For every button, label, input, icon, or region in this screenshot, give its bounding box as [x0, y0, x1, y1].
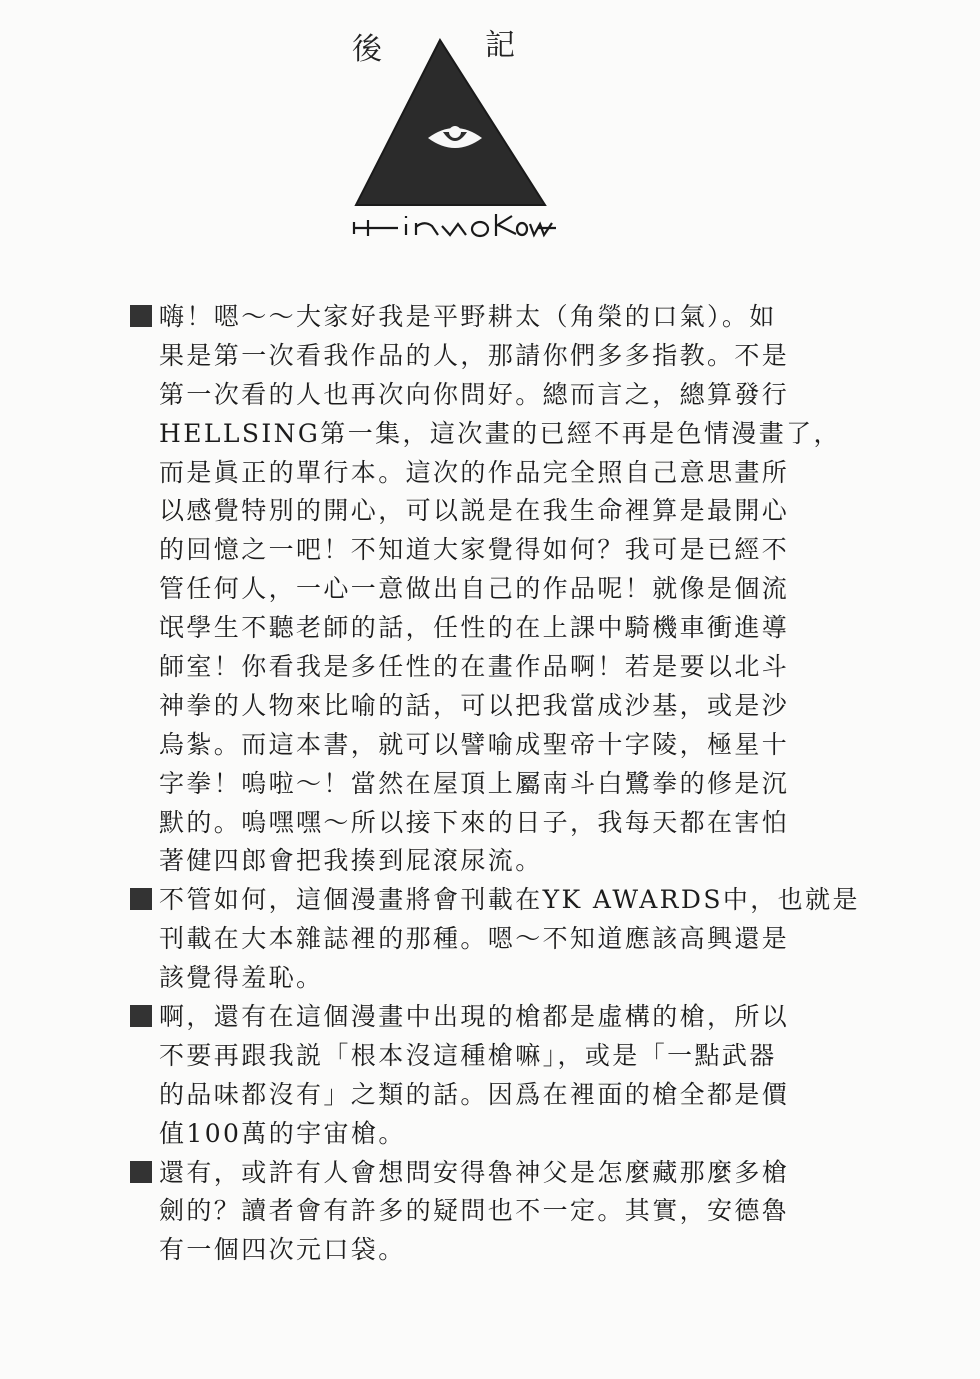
text-line: HELLSING第一集，這次畫的已經不再是色情漫畫了，: [130, 415, 860, 454]
title-char-right: 記: [485, 20, 515, 64]
square-bullet-icon: [130, 305, 152, 327]
line-text: 著健四郎會把我揍到屁滾尿流。: [159, 846, 543, 875]
line-text: 以感覺特別的開心，可以説是在我生命裡算是最開心: [159, 496, 789, 525]
paragraph: 還有，或許有人會想問安得魯神父是怎麼藏那麼多槍劍的？讀者會有許多的疑問也不一定。…: [130, 1154, 860, 1271]
text-line: 默的。嗚嘿嘿～所以接下來的日子，我每天都在害怕: [130, 804, 860, 843]
text-line: 值100萬的宇宙槍。: [130, 1115, 860, 1154]
line-text: 氓學生不聽老師的話，任性的在上課中騎機車衝進導: [159, 613, 789, 642]
line-text: 不管如何，這個漫畫將會刊載在YK AWARDS中，也就是: [159, 885, 860, 914]
line-text: HELLSING第一集，這次畫的已經不再是色情漫畫了，: [159, 419, 841, 448]
line-text: 字拳！嗚啦～！當然在屋頂上屬南斗白鷺拳的修是沉: [159, 769, 789, 798]
paragraph: 不管如何，這個漫畫將會刊載在YK AWARDS中，也就是刊載在大本雜誌裡的那種。…: [130, 881, 860, 998]
line-text: 管任何人，一心一意做出自己的作品呢！就像是個流: [159, 574, 789, 603]
text-line: 有一個四次元口袋。: [130, 1231, 860, 1270]
line-text: 師室！你看我是多任性的在畫作品啊！若是要以北斗: [159, 652, 789, 681]
text-line: 還有，或許有人會想問安得魯神父是怎麼藏那麼多槍: [130, 1154, 860, 1193]
text-line: 以感覺特別的開心，可以説是在我生命裡算是最開心: [130, 492, 860, 531]
line-text: 第一次看的人也再次向你問好。總而言之，總算發行: [159, 380, 789, 409]
text-line: 著健四郎會把我揍到屁滾尿流。: [130, 842, 860, 881]
square-bullet-icon: [130, 1005, 152, 1027]
line-text: 刊載在大本雜誌裡的那種。嗯～不知道應該高興還是: [159, 924, 789, 953]
square-bullet-icon: [130, 1161, 152, 1183]
text-line: 烏紮。而這本書，就可以譬喻成聖帝十字陵，極星十: [130, 726, 860, 765]
line-text: 不要再跟我説「根本沒這種槍嘛」，或是「一點武器: [159, 1041, 777, 1070]
line-text: 果是第一次看我作品的人，那請你們多多指教。不是: [159, 341, 789, 370]
title-char-left: 後: [352, 24, 382, 68]
line-text: 還有，或許有人會想問安得魯神父是怎麼藏那麼多槍: [159, 1158, 789, 1187]
paragraph: 啊，還有在這個漫畫中出現的槍都是虛構的槍，所以不要再跟我説「根本沒這種槍嘛」，或…: [130, 998, 860, 1154]
line-text: 神拳的人物來比喻的話，可以把我當成沙基，或是沙: [159, 691, 789, 720]
text-line: 嗨！嗯～～大家好我是平野耕太（角榮的口氣）。如: [130, 298, 860, 337]
line-text: 啊，還有在這個漫畫中出現的槍都是虛構的槍，所以: [159, 1002, 789, 1031]
signature-icon: [354, 214, 556, 236]
text-line: 師室！你看我是多任性的在畫作品啊！若是要以北斗: [130, 648, 860, 687]
afterword-body: 嗨！嗯～～大家好我是平野耕太（角榮的口氣）。如果是第一次看我作品的人，那請你們多…: [130, 298, 860, 1270]
afterword-header: 後 記: [340, 10, 560, 240]
line-text: 有一個四次元口袋。: [159, 1235, 406, 1264]
square-bullet-icon: [130, 888, 152, 910]
text-line: 神拳的人物來比喻的話，可以把我當成沙基，或是沙: [130, 687, 860, 726]
text-line: 氓學生不聽老師的話，任性的在上課中騎機車衝進導: [130, 609, 860, 648]
line-text: 劍的？讀者會有許多的疑問也不一定。其實，安德魯: [159, 1196, 789, 1225]
line-text: 的品味都沒有」之類的話。因爲在裡面的槍全都是價: [159, 1080, 789, 1109]
text-line: 字拳！嗚啦～！當然在屋頂上屬南斗白鷺拳的修是沉: [130, 765, 860, 804]
text-line: 而是眞正的單行本。這次的作品完全照自己意思畫所: [130, 454, 860, 493]
paragraph: 嗨！嗯～～大家好我是平野耕太（角榮的口氣）。如果是第一次看我作品的人，那請你們多…: [130, 298, 860, 881]
line-text: 嗨！嗯～～大家好我是平野耕太（角榮的口氣）。如: [159, 302, 777, 331]
text-line: 不管如何，這個漫畫將會刊載在YK AWARDS中，也就是: [130, 881, 860, 920]
text-line: 管任何人，一心一意做出自己的作品呢！就像是個流: [130, 570, 860, 609]
text-line: 的回憶之一吧！不知道大家覺得如何？我可是已經不: [130, 531, 860, 570]
line-text: 默的。嗚嘿嘿～所以接下來的日子，我每天都在害怕: [159, 808, 789, 837]
text-line: 啊，還有在這個漫畫中出現的槍都是虛構的槍，所以: [130, 998, 860, 1037]
text-line: 果是第一次看我作品的人，那請你們多多指教。不是: [130, 337, 860, 376]
line-text: 烏紮。而這本書，就可以譬喻成聖帝十字陵，極星十: [159, 730, 789, 759]
line-text: 該覺得羞恥。: [159, 963, 323, 992]
text-line: 刊載在大本雜誌裡的那種。嗯～不知道應該高興還是: [130, 920, 860, 959]
text-line: 第一次看的人也再次向你問好。總而言之，總算發行: [130, 376, 860, 415]
line-text: 的回憶之一吧！不知道大家覺得如何？我可是已經不: [159, 535, 789, 564]
text-line: 的品味都沒有」之類的話。因爲在裡面的槍全都是價: [130, 1076, 860, 1115]
text-line: 不要再跟我説「根本沒這種槍嘛」，或是「一點武器: [130, 1037, 860, 1076]
text-line: 該覺得羞恥。: [130, 959, 860, 998]
text-line: 劍的？讀者會有許多的疑問也不一定。其實，安德魯: [130, 1192, 860, 1231]
line-text: 而是眞正的單行本。這次的作品完全照自己意思畫所: [159, 458, 789, 487]
line-text: 值100萬的宇宙槍。: [159, 1119, 406, 1148]
